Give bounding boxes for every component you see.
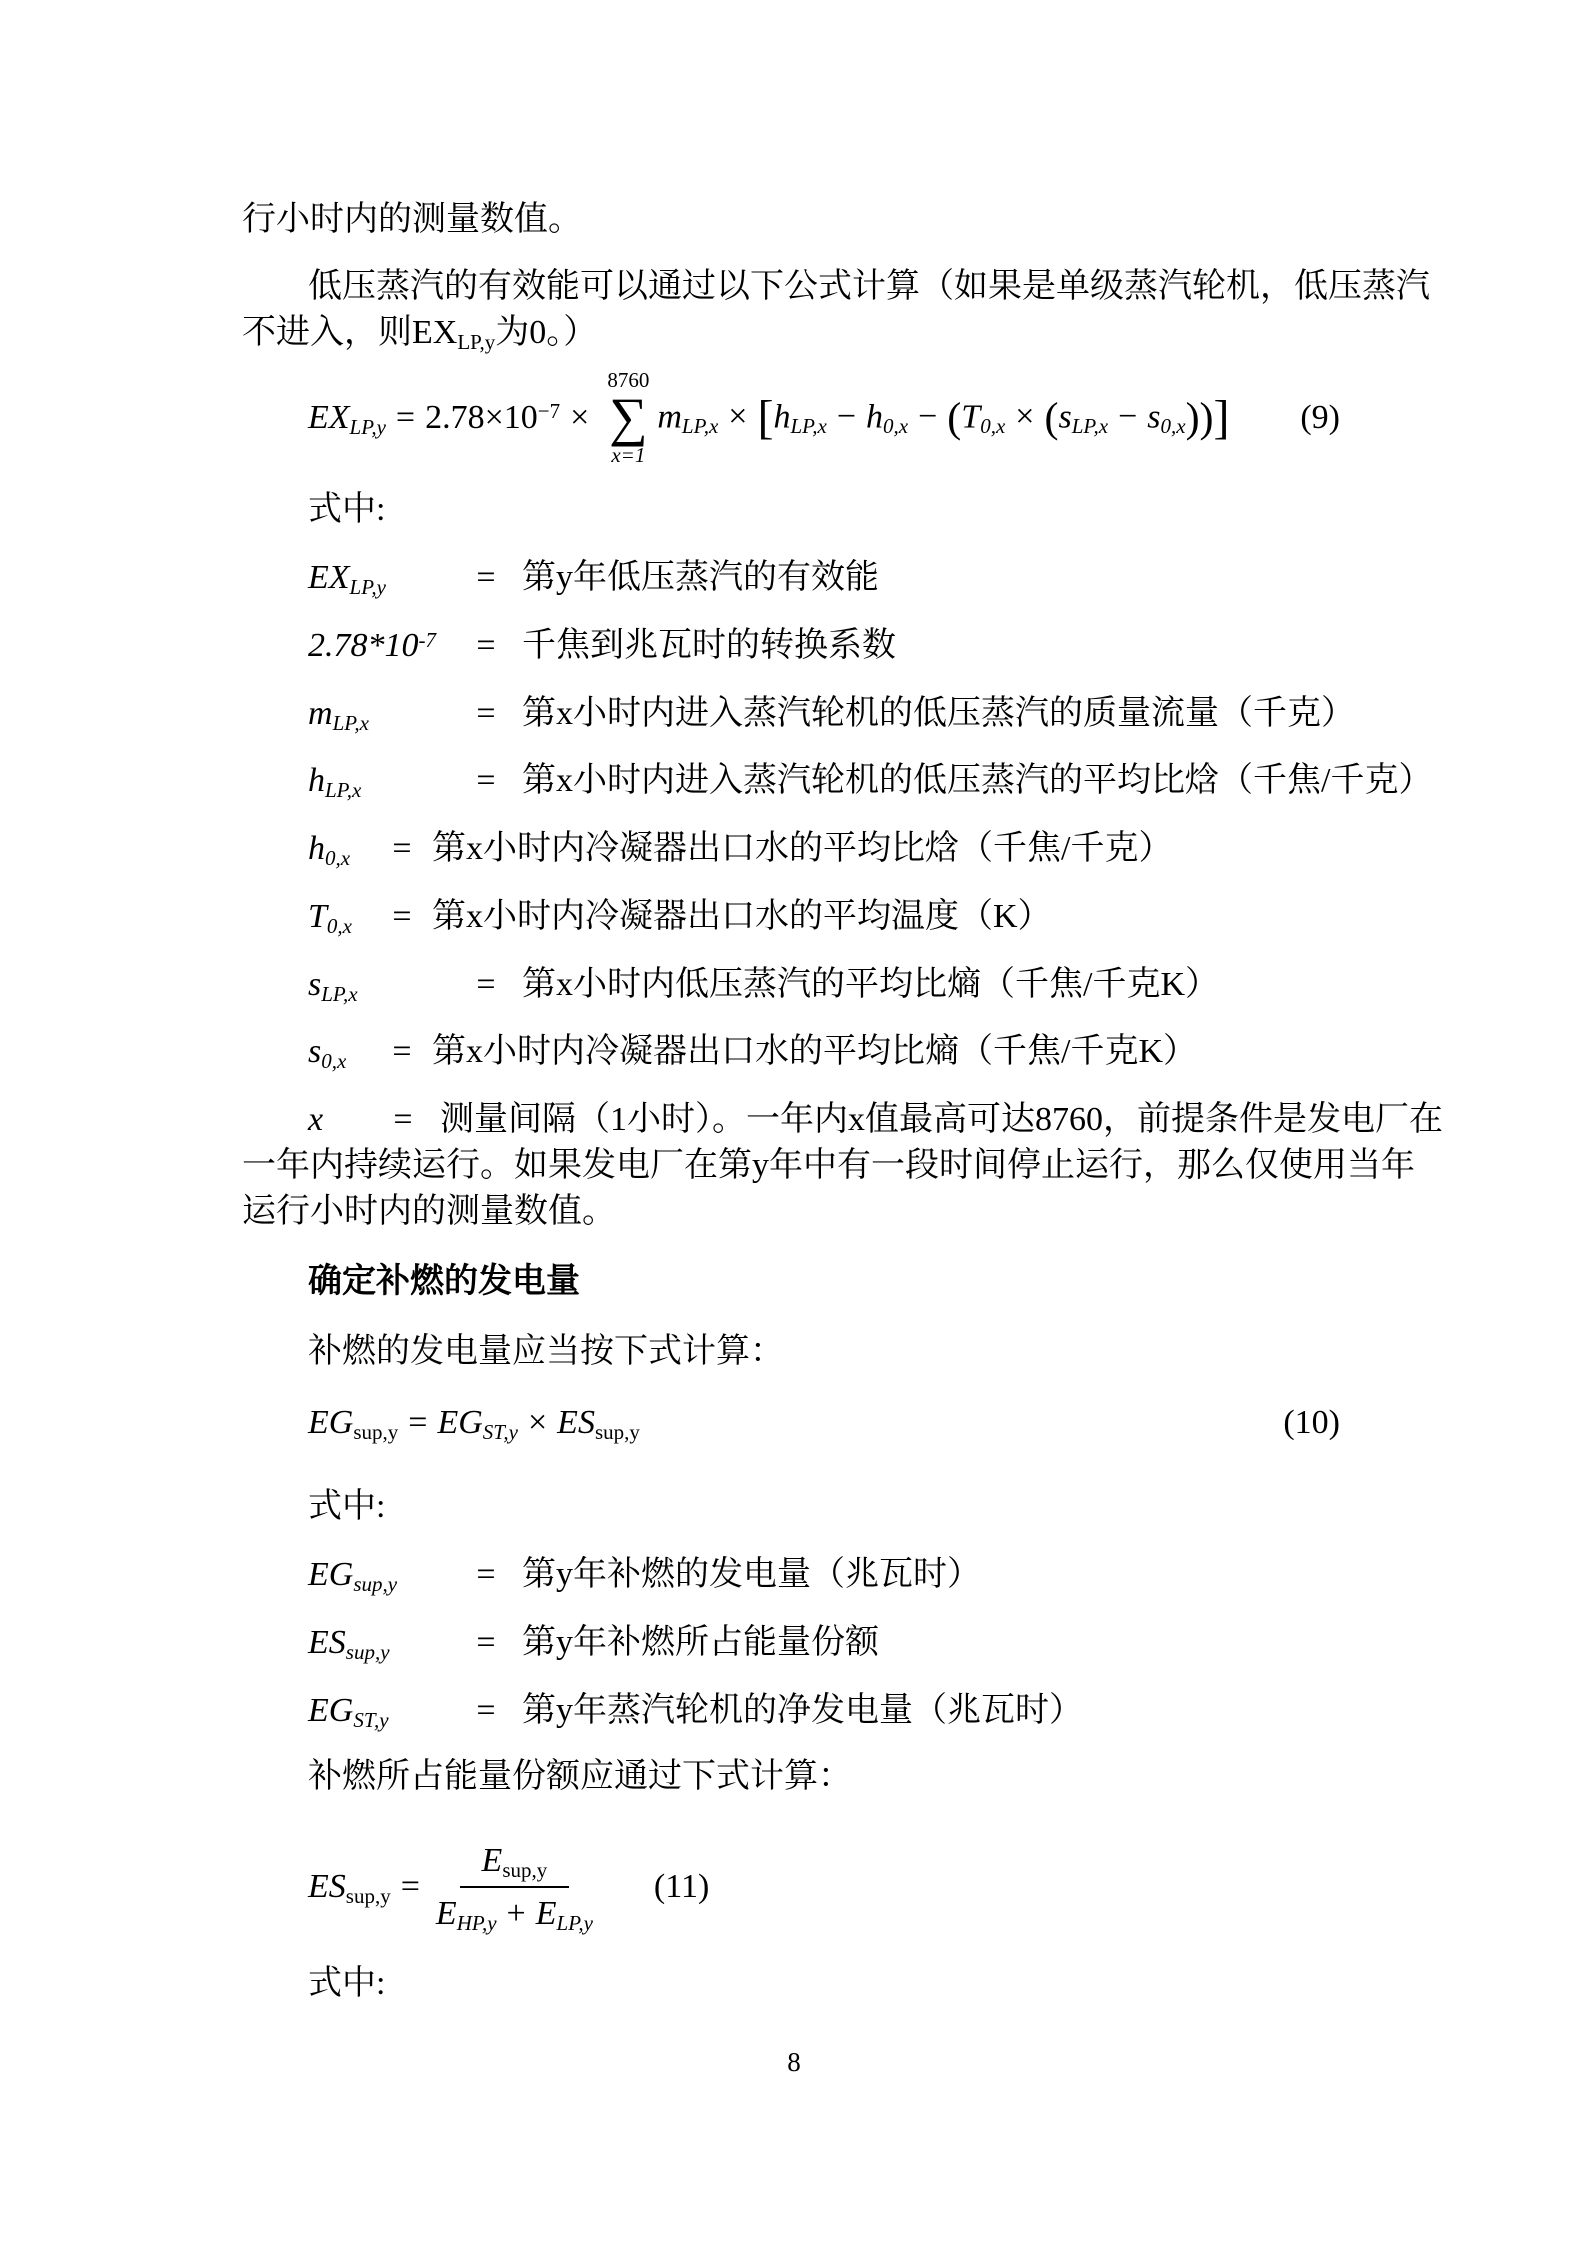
definition-desc: 第x小时内冷凝器出口水的平均温度（K） (432, 895, 1052, 939)
definition-row-eg-sup: EGsup,y = 第y年补燃的发电量（兆瓦时） (308, 1553, 981, 1597)
definition-desc: 第y年蒸汽轮机的净发电量（兆瓦时） (522, 1689, 1083, 1733)
equation-number-10: (10) (1283, 1401, 1340, 1445)
document-page: 行小时内的测量数值。 低压蒸汽的有效能可以通过以下公式计算（如果是单级蒸汽轮机，… (0, 0, 1588, 2245)
multiply-sign: × (718, 398, 757, 435)
formula-9-h-0: h (866, 398, 883, 435)
definition-desc: 第x小时内低压蒸汽的平均比熵（千焦/千克K） (522, 963, 1219, 1007)
equals-sign: = (450, 759, 522, 803)
definition-term: sLP,x (308, 963, 450, 1007)
section-heading: 确定补燃的发电量 (308, 1260, 580, 1304)
equals-sign: = (450, 1621, 522, 1665)
definition-term: hLP,x (308, 759, 450, 803)
formula-9-s-lp-sub: LP,x (1072, 414, 1108, 438)
definition-desc: 第y年补燃所占能量份额 (522, 1621, 879, 1665)
definition-term: T0,x (308, 895, 372, 939)
equals-sign: = (391, 1868, 430, 1905)
plus-sign: + (497, 1895, 536, 1932)
close-bracket: ] (1214, 391, 1230, 444)
formula-9-rhs: mLP,x×[hLP,x−h0,x−(T0,x×(sLP,x−s0,x))] (657, 394, 1229, 442)
definition-term: h0,x (308, 827, 372, 871)
formula-11-fraction: Esup,y EHP,y+ELP,y (436, 1841, 593, 1933)
equals-sign: = (386, 399, 425, 436)
multiply-sign: × (1005, 398, 1044, 435)
formula-9-h-0-sub: 0,x (883, 414, 908, 438)
definition-row-h-lp: hLP,x = 第x小时内进入蒸汽轮机的低压蒸汽的平均比焓（千焦/千克） (308, 759, 1432, 803)
equals-sign: = (366, 1098, 440, 1142)
equation-number-9: (9) (1300, 396, 1340, 440)
where-label-1: 式中: (308, 488, 385, 532)
formula-10-intro: 补燃的发电量应当按下式计算： (308, 1330, 784, 1374)
close-parens: )) (1186, 395, 1214, 441)
formula-10: EGsup,y=EGST,y×ESsup,y (10) (308, 1392, 1346, 1454)
formula-9-t-sub: 0,x (980, 414, 1005, 438)
intro-paragraph-line-1: 低压蒸汽的有效能可以通过以下公式计算（如果是单级蒸汽轮机，低压蒸汽 (308, 265, 1430, 309)
formula-9-m-sub: LP,x (682, 414, 718, 438)
definition-row-t-0: T0,x = 第x小时内冷凝器出口水的平均温度（K） (308, 895, 1052, 939)
equals-sign: = (372, 1030, 432, 1074)
definition-row-m: mLP,x = 第x小时内进入蒸汽轮机的低压蒸汽的质量流量（千克） (308, 692, 1355, 736)
definition-term: EGsup,y (308, 1553, 450, 1597)
definition-term: EXLP,y (308, 556, 450, 600)
equation-number-11: (11) (654, 1865, 709, 1909)
formula-9-ex-sub: LP,y (350, 415, 386, 439)
equals-sign: = (450, 556, 522, 600)
formula-9-lhs: EXLP,y=2.78×10−7× (308, 396, 599, 440)
page-number: 8 (0, 2045, 1588, 2080)
summation-lower-limit: x=1 (611, 444, 645, 467)
definition-term: EGST,y (308, 1689, 450, 1733)
open-paren: ( (947, 395, 961, 441)
formula-9-exponent: −7 (538, 399, 560, 423)
formula-10-es-sup: ES (557, 1404, 595, 1441)
formula-9-coefficient: 2.78×10 (425, 399, 538, 436)
formula-11-es: ES (308, 1868, 346, 1905)
definition-row-ex: EXLP,y = 第y年低压蒸汽的有效能 (308, 556, 879, 600)
fraction-denominator: EHP,y+ELP,y (436, 1888, 593, 1933)
equals-sign: = (372, 827, 432, 871)
definition-desc: 第x小时内冷凝器出口水的平均比焓（千焦/千克） (432, 827, 1172, 871)
formula-9: EXLP,y=2.78×10−7× 8760 ∑ x=1 mLP,x×[hLP,… (308, 362, 1346, 474)
x-paragraph-line-3: 运行小时内的测量数值。 (242, 1190, 616, 1234)
definition-row-es-sup: ESsup,y = 第y年补燃所占能量份额 (308, 1621, 879, 1665)
definition-term: 2.78*10-7 (308, 624, 450, 668)
definition-desc: 测量间隔（1小时）。一年内x值最高可达8760，前提条件是发电厂在 (440, 1098, 1443, 1142)
intro-text-post: 为0。） (495, 314, 597, 351)
formula-10-eg-sup: EG (308, 1404, 353, 1441)
formula-9-ex: EX (308, 399, 350, 436)
definition-desc: 第x小时内冷凝器出口水的平均比熵（千焦/千克K） (432, 1030, 1197, 1074)
formula-9-m: m (657, 398, 682, 435)
definition-term: mLP,x (308, 692, 450, 736)
formula-11-lhs: ESsup,y= (308, 1865, 430, 1909)
formula-11-intro: 补燃所占能量份额应通过下式计算： (308, 1755, 852, 1799)
formula-11-es-sub: sup,y (346, 1884, 391, 1908)
where-label-3: 式中: (308, 1962, 385, 2006)
formula-9-s-lp: s (1058, 398, 1071, 435)
intro-paragraph-line-2: 不进入，则EXLP,y为0。） (242, 311, 597, 355)
definition-row-x: x = 测量间隔（1小时）。一年内x值最高可达8760，前提条件是发电厂在 (308, 1098, 1443, 1142)
open-bracket: [ (757, 391, 773, 444)
definition-row-coefficient: 2.78*10-7 = 千焦到兆瓦时的转换系数 (308, 624, 896, 668)
formula-9-h-lp: h (773, 398, 790, 435)
definition-row-eg-st: EGST,y = 第y年蒸汽轮机的净发电量（兆瓦时） (308, 1689, 1083, 1733)
formula-9-s-0: s (1147, 398, 1160, 435)
equals-sign: = (450, 963, 522, 1007)
formula-9-h-lp-sub: LP,x (790, 414, 826, 438)
multiply-sign: × (518, 1404, 557, 1441)
where-label-2: 式中: (308, 1485, 385, 1529)
equals-sign: = (372, 895, 432, 939)
equals-sign: = (450, 624, 522, 668)
formula-10-eg-st-sub: ST,y (483, 1420, 518, 1444)
formula-10-eg-sup-sub: sup,y (353, 1420, 398, 1444)
fraction-numerator: Esup,y (460, 1841, 570, 1888)
minus-sign: − (1108, 398, 1147, 435)
formula-10-eg-st: EG (437, 1404, 482, 1441)
body-line: 行小时内的测量数值。 (242, 198, 582, 242)
equals-sign: = (450, 692, 522, 736)
equals-sign: = (398, 1404, 437, 1441)
formula-9-s-0-sub: 0,x (1160, 414, 1185, 438)
open-paren: ( (1044, 395, 1058, 441)
definition-term: s0,x (308, 1030, 372, 1074)
definition-term: ESsup,y (308, 1621, 450, 1665)
x-paragraph-line-2: 一年内持续运行。如果发电厂在第y年中有一段时间停止运行，那么仅使用当年 (242, 1144, 1415, 1188)
definition-desc: 第y年补燃的发电量（兆瓦时） (522, 1553, 981, 1597)
equals-sign: = (450, 1553, 522, 1597)
definition-row-h-0: h0,x = 第x小时内冷凝器出口水的平均比焓（千焦/千克） (308, 827, 1172, 871)
definition-term: x (308, 1098, 366, 1142)
summation-symbol: 8760 ∑ x=1 (607, 369, 649, 466)
definition-desc: 千焦到兆瓦时的转换系数 (522, 624, 896, 668)
multiply-sign: × (560, 399, 599, 436)
definition-desc: 第x小时内进入蒸汽轮机的低压蒸汽的平均比焓（千焦/千克） (522, 759, 1432, 803)
definition-desc: 第x小时内进入蒸汽轮机的低压蒸汽的质量流量（千克） (522, 692, 1355, 736)
equals-sign: = (450, 1689, 522, 1733)
definition-row-s-0: s0,x = 第x小时内冷凝器出口水的平均比熵（千焦/千克K） (308, 1030, 1197, 1074)
sigma-icon: ∑ (609, 392, 648, 443)
definition-row-s-lp: sLP,x = 第x小时内低压蒸汽的平均比熵（千焦/千克K） (308, 963, 1219, 1007)
definition-desc: 第y年低压蒸汽的有效能 (522, 556, 879, 600)
minus-sign: − (908, 398, 947, 435)
intro-text-pre: 不进入，则EX (242, 314, 457, 351)
formula-10-es-sup-sub: sup,y (595, 1420, 640, 1444)
minus-sign: − (827, 398, 866, 435)
formula-10-body: EGsup,y=EGST,y×ESsup,y (308, 1401, 640, 1445)
formula-9-t: T (961, 398, 980, 435)
formula-11: ESsup,y= Esup,y EHP,y+ELP,y (11) (308, 1812, 1346, 1962)
ex-lpy-subscript: LP,y (457, 330, 495, 354)
